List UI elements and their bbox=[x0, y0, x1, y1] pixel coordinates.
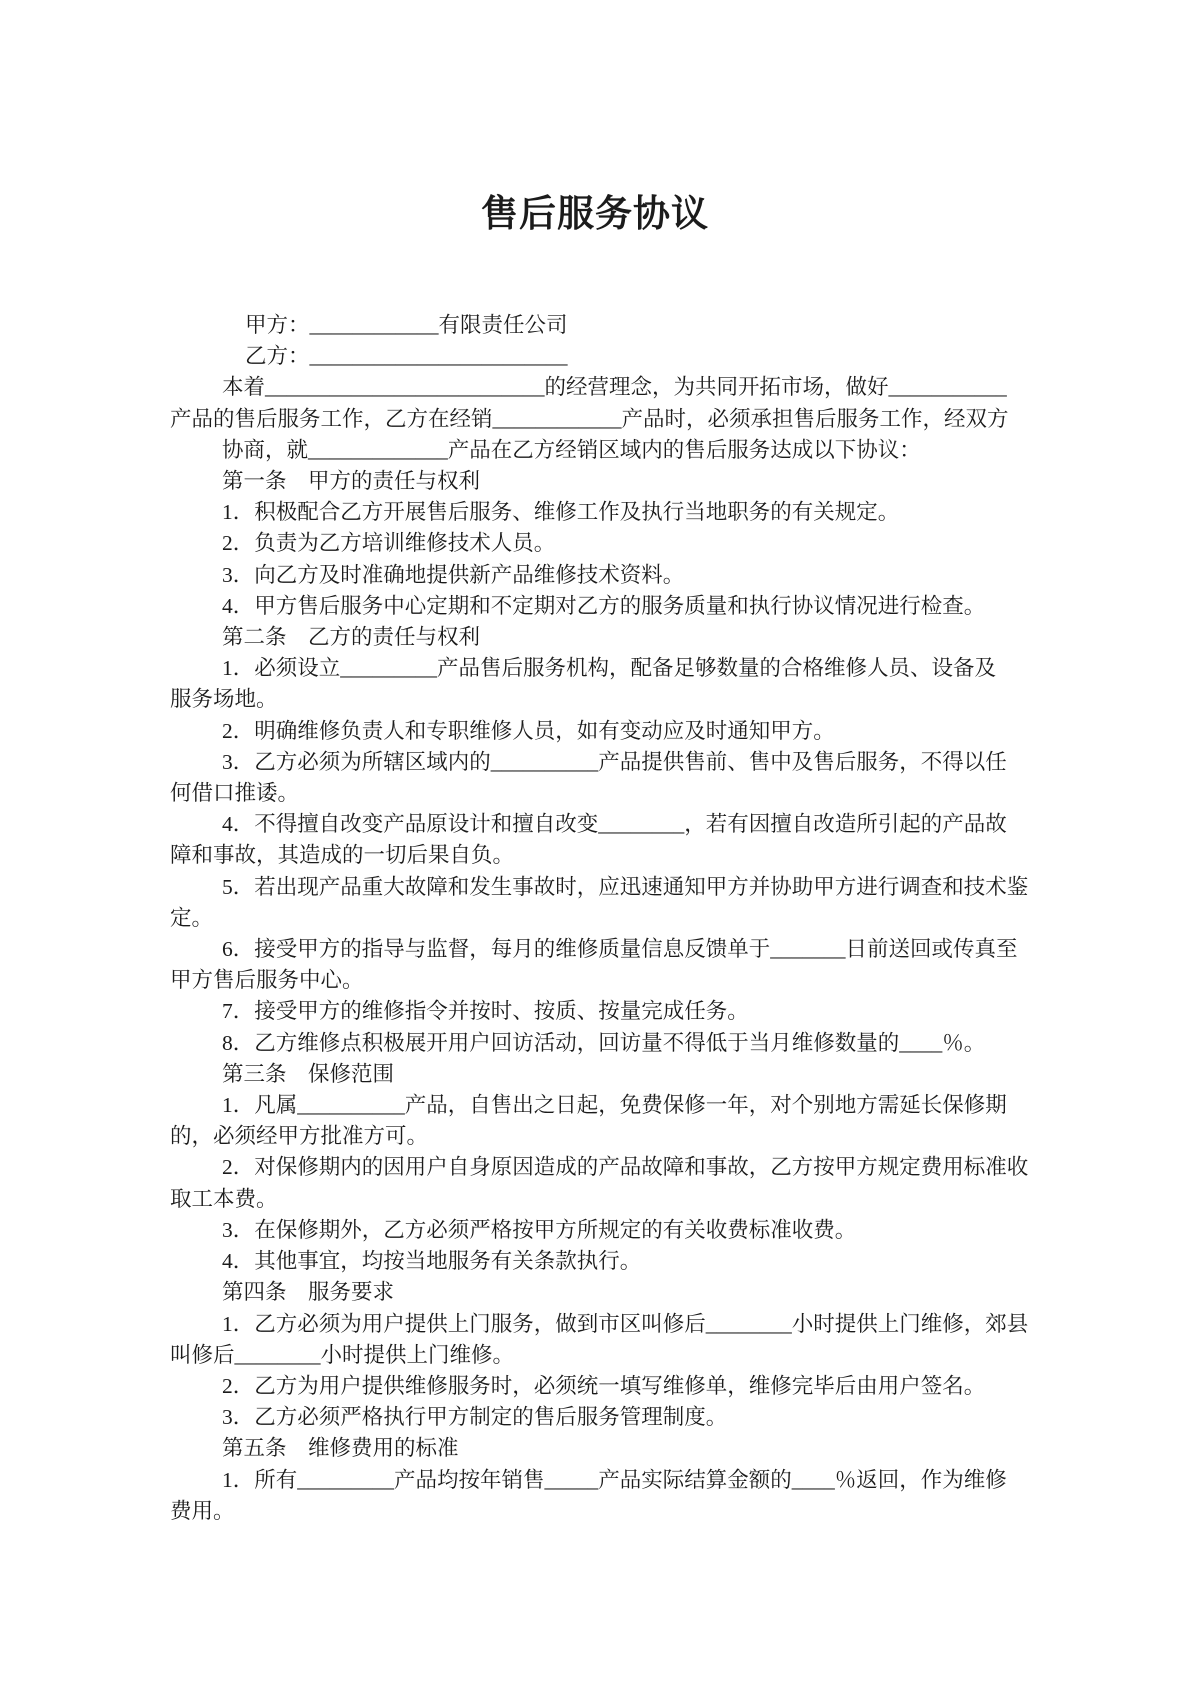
document-line: 2．明确维修负责人和专职维修人员，如有变动应及时通知甲方。 bbox=[170, 716, 1190, 747]
document-line: 第一条 甲方的责任与权利 bbox=[170, 466, 1190, 497]
document-line: 第二条 乙方的责任与权利 bbox=[170, 622, 1190, 653]
document-line: 的，必须经甲方批准方可。 bbox=[170, 1121, 1190, 1152]
document-line: 何借口推诿。 bbox=[170, 778, 1190, 809]
document-line: 4．甲方售后服务中心定期和不定期对乙方的服务质量和执行协议情况进行检查。 bbox=[170, 591, 1190, 622]
document-line: 2．乙方为用户提供维修服务时，必须统一填写维修单，维修完毕后由用户签名。 bbox=[170, 1371, 1190, 1402]
document-line: 3．乙方必须为所辖区域内的__________产品提供售前、售中及售后服务，不得… bbox=[170, 747, 1190, 778]
document-line: 5．若出现产品重大故障和发生事故时，应迅速通知甲方并协助甲方进行调查和技术鉴 bbox=[170, 872, 1190, 903]
document-line: 第三条 保修范围 bbox=[170, 1059, 1190, 1090]
document-line: 乙方：________________________ bbox=[170, 341, 1190, 372]
document-line: 1．必须设立_________产品售后服务机构，配备足够数量的合格维修人员、设备… bbox=[170, 653, 1190, 684]
document-line: 1．所有_________产品均按年销售_____产品实际结算金额的____％返… bbox=[170, 1465, 1190, 1496]
document-line: 8．乙方维修点积极展开用户回访活动，回访量不得低于当月维修数量的____％。 bbox=[170, 1028, 1190, 1059]
document-line: 费用。 bbox=[170, 1496, 1190, 1527]
document-line: 本着__________________________的经营理念，为共同开拓市… bbox=[170, 372, 1190, 403]
document-line: 服务场地。 bbox=[170, 684, 1190, 715]
document-line: 协商，就_____________产品在乙方经销区域内的售后服务达成以下协议： bbox=[170, 435, 1190, 466]
document-line: 3．向乙方及时准确地提供新产品维修技术资料。 bbox=[170, 560, 1190, 591]
document-line: 叫修后________小时提供上门维修。 bbox=[170, 1340, 1190, 1371]
document-line: 1．积极配合乙方开展售后服务、维修工作及执行当地职务的有关规定。 bbox=[170, 497, 1190, 528]
document-line: 甲方售后服务中心。 bbox=[170, 965, 1190, 996]
document-line: 3．乙方必须严格执行甲方制定的售后服务管理制度。 bbox=[170, 1402, 1190, 1433]
document-line: 4．不得擅自改变产品原设计和擅自改变________，若有因擅自改造所引起的产品… bbox=[170, 809, 1190, 840]
document-line: 第五条 维修费用的标准 bbox=[170, 1433, 1190, 1464]
document-line: 3．在保修期外，乙方必须严格按甲方所规定的有关收费标准收费。 bbox=[170, 1215, 1190, 1246]
document-page: 售后服务协议 甲方：____________有限责任公司乙方：_________… bbox=[0, 0, 1190, 1683]
document-line: 定。 bbox=[170, 903, 1190, 934]
document-line: 1．乙方必须为用户提供上门服务，做到市区叫修后________小时提供上门维修，… bbox=[170, 1309, 1190, 1340]
document-title: 售后服务协议 bbox=[0, 0, 1190, 238]
document-line: 1．凡属__________产品，自售出之日起，免费保修一年，对个别地方需延长保… bbox=[170, 1090, 1190, 1121]
document-line: 取工本费。 bbox=[170, 1184, 1190, 1215]
document-line: 4．其他事宜，均按当地服务有关条款执行。 bbox=[170, 1246, 1190, 1277]
document-line: 6．接受甲方的指导与监督，每月的维修质量信息反馈单于_______日前送回或传真… bbox=[170, 934, 1190, 965]
document-line: 2．对保修期内的因用户自身原因造成的产品故障和事故，乙方按甲方规定费用标准收 bbox=[170, 1152, 1190, 1183]
document-line: 2．负责为乙方培训维修技术人员。 bbox=[170, 528, 1190, 559]
document-line: 产品的售后服务工作，乙方在经销____________产品时，必须承担售后服务工… bbox=[170, 404, 1190, 435]
document-body: 甲方：____________有限责任公司乙方：________________… bbox=[0, 310, 1190, 1527]
document-line: 障和事故，其造成的一切后果自负。 bbox=[170, 840, 1190, 871]
document-line: 第四条 服务要求 bbox=[170, 1277, 1190, 1308]
document-line: 甲方：____________有限责任公司 bbox=[170, 310, 1190, 341]
document-line: 7．接受甲方的维修指令并按时、按质、按量完成任务。 bbox=[170, 996, 1190, 1027]
